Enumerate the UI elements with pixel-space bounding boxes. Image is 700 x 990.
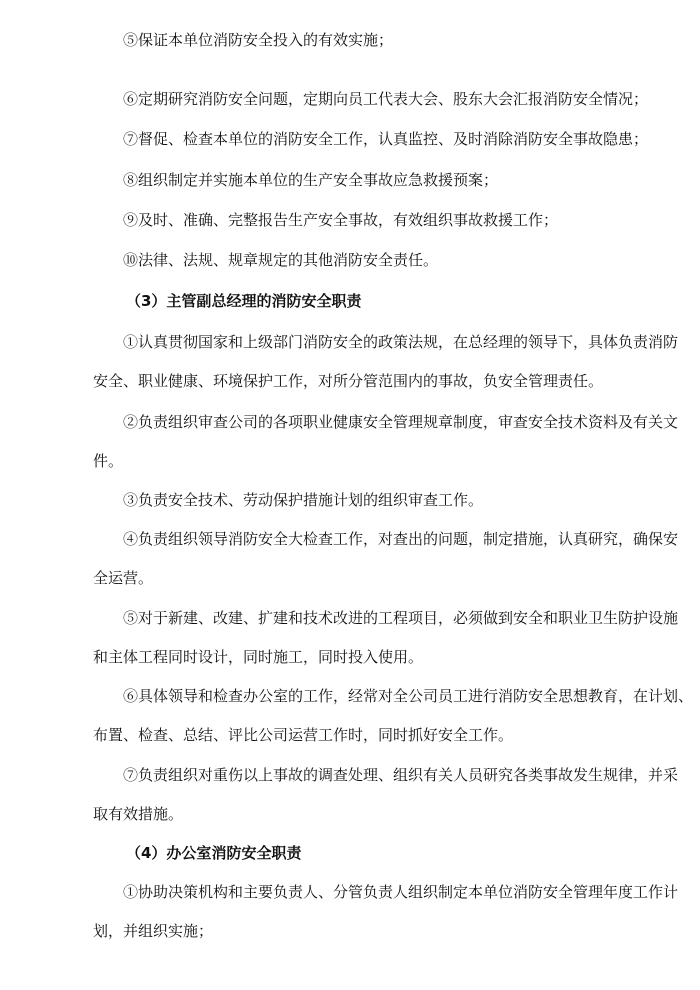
list-item-line: ⑤对于新建、改建、扩建和技术改进的工程项目，必须做到安全和职业卫生防护设施 <box>123 600 653 637</box>
list-item-line: 划，并组织实施； <box>93 913 623 950</box>
list-item-line: 布置、检查、总结、评比公司运营工作时，同时抓好安全工作。 <box>93 717 623 754</box>
list-item-line: 取有效措施。 <box>93 796 623 833</box>
list-item-line: ⑦负责组织对重伤以上事故的调查处理、组织有关人员研究各类事故发生规律，并采 <box>123 757 653 794</box>
list-item: ⑥定期研究消防安全问题，定期向员工代表大会、股东大会汇报消防安全情况； <box>123 81 653 118</box>
list-item-line: ④负责组织领导消防安全大检查工作，对查出的问题，制定措施，认真研究，确保安 <box>123 521 653 558</box>
list-item: ⑨及时、准确、完整报告生产安全事故，有效组织事故救援工作； <box>123 202 653 239</box>
list-item-line: 安全、职业健康、环境保护工作，对所分管范围内的事故，负安全管理责任。 <box>93 363 623 400</box>
list-item-line: ①认真贯彻国家和上级部门消防安全的政策法规，在总经理的领导下，具体负责消防 <box>123 324 653 361</box>
list-item-line: ②负责组织审查公司的各项职业健康安全管理规章制度，审查安全技术资料及有关文 <box>123 404 653 441</box>
list-item-line: 件。 <box>93 443 623 480</box>
list-item: ⑦督促、检查本单位的消防安全工作，认真监控、及时消除消防安全事故隐患； <box>123 121 653 158</box>
list-item: ⑩法律、法规、规章规定的其他消防安全责任。 <box>123 242 653 279</box>
section-heading: （3）主管副总经理的消防安全职责 <box>126 283 361 320</box>
list-item: ⑤保证本单位消防安全投入的有效实施； <box>123 22 653 59</box>
list-item-line: ⑥具体领导和检查办公室的工作，经常对全公司员工进行消防安全思想教育，在计划、 <box>123 678 653 715</box>
list-item-line: 全运营。 <box>93 560 623 597</box>
list-item-line: ③负责安全技术、劳动保护措施计划的组织审查工作。 <box>123 482 653 519</box>
list-item: ⑧组织制定并实施本单位的生产安全事故应急救援预案； <box>123 162 653 199</box>
section-heading: （4）办公室消防安全职责 <box>126 835 301 872</box>
list-item-line: ①协助决策机构和主要负责人、分管负责人组织制定本单位消防安全管理年度工作计 <box>123 874 653 911</box>
list-item-line: 和主体工程同时设计，同时施工，同时投入使用。 <box>93 639 623 676</box>
